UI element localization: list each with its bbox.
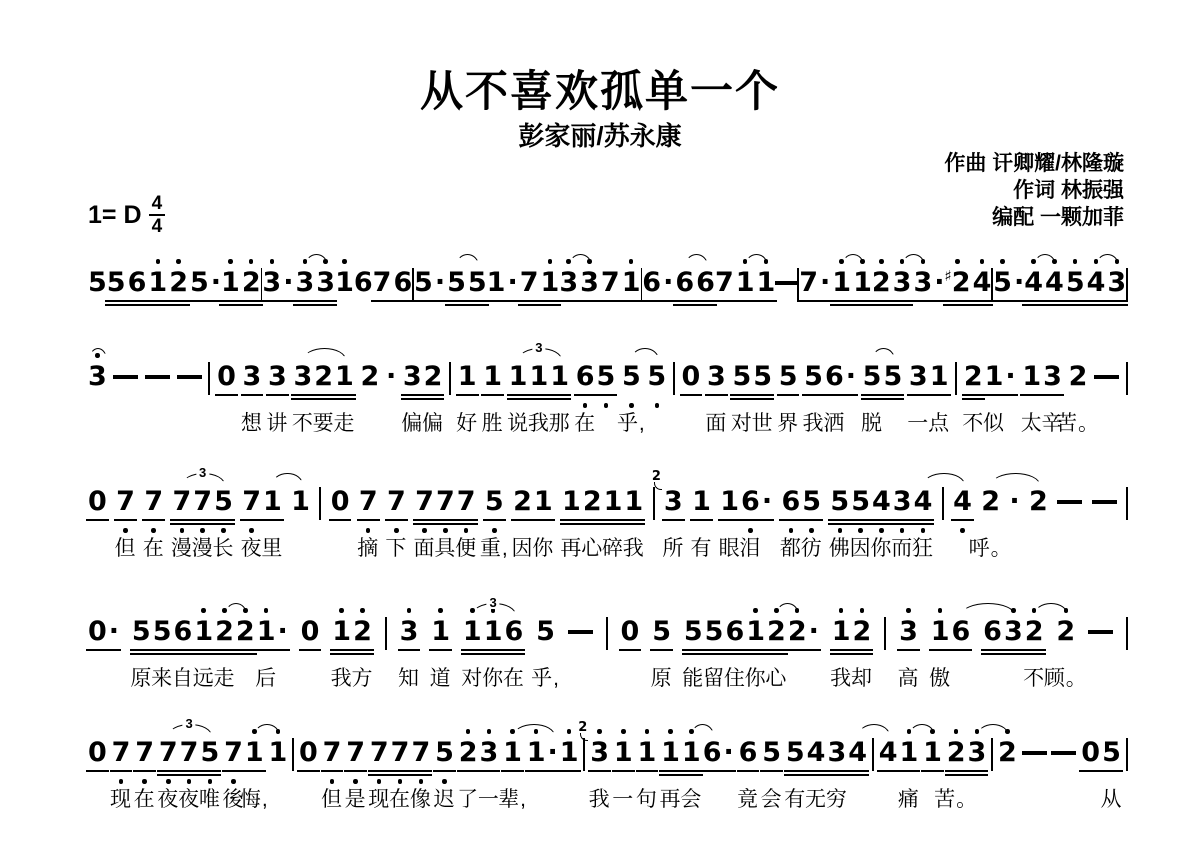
note-token: 3 [1043,362,1062,392]
note-token: · [1005,362,1015,392]
sharp-icon: ♯ [945,267,952,285]
note-token: · [663,268,673,298]
beam-line [734,300,757,302]
beam-group: 3371 [559,268,640,298]
note-token: 0 [88,617,107,647]
barline [1126,268,1128,301]
beam-line [1041,394,1064,396]
beam-line [321,770,344,772]
lyric-syllable: 顾。 [1044,662,1088,692]
dash-note [1022,751,1047,755]
beam-line [266,394,289,396]
note-token: 6 [675,268,694,298]
octave-dot-above [853,608,872,613]
beam-line [422,394,445,396]
octave-dot-above [590,729,609,734]
note-token: 2 [513,487,532,517]
beam-line [971,300,994,302]
note-token: 1 [541,268,560,298]
lyric-syllable: 道 [430,662,452,692]
beam-line [870,523,893,525]
note-row: 07777571107777752311·13211116·6554344112… [88,738,1128,771]
beam-line [830,653,853,655]
beam-line [962,394,985,396]
beam-line [1085,304,1108,306]
beam-line [409,774,432,776]
beam-group: 32 [590,738,609,768]
beam-line [243,770,266,772]
beam-group: 1·71 [487,268,560,298]
beam-line [466,304,489,306]
note-token: 7 [242,487,261,517]
note-token: · [386,362,396,392]
note-token: 5 [993,268,1012,298]
beam-line [114,519,137,521]
lyric-syllable: 对 [461,662,483,692]
beam-line [178,774,201,776]
dash-note [1088,630,1113,634]
beam-group: 31 [909,362,949,392]
beam-line [861,398,884,400]
beam-line [312,394,335,396]
beam-line [518,300,541,302]
sheet-music-page: 从不喜欢孤单一个 彭家丽/苏永康 作曲 讦卿耀/林隆璇 作词 林振强 编配 一颗… [0,0,1200,850]
note-token: 3 [827,738,846,768]
note-token: 5 [190,268,209,298]
beam-line [1079,770,1102,772]
beam-line [907,394,930,396]
beam-line [588,770,611,772]
beam-line [86,649,109,651]
lyric-syllable: 是 [345,783,367,813]
note-token: 1 [335,268,354,298]
note-token: 2 [353,617,372,647]
lyric-syllable: 无 [805,783,827,813]
tie-slur-arc [858,724,890,736]
lyric-syllable: 点 [928,407,950,437]
beam-line [846,774,869,776]
lyric-syllable: 唯 [199,783,221,813]
lyric-syllable: 我 [589,783,611,813]
lyric-syllable: 痛 [898,783,920,813]
beam-line [830,649,853,651]
beam-line [578,300,601,302]
beam-line [574,394,597,396]
lyric-syllable: 碎 [602,532,624,562]
beam-group: 23 [947,738,987,768]
lyric-syllable: 住 [724,662,746,692]
beam-line [786,649,809,651]
note-token: · [507,268,517,298]
note-token: 5 [622,362,641,392]
beam-line [527,394,550,396]
note-token: 6 [393,268,412,298]
lyric-syllable: 太 [1021,407,1043,437]
beam-line [299,649,322,651]
beam-line [86,770,109,772]
beam-line [991,300,1014,302]
beam-line [482,653,505,655]
beam-line [455,519,478,521]
note-token: 1 [527,738,546,768]
beam-line [870,300,893,302]
lyric-syllable: 但 [115,532,137,562]
lyric-syllable: 下 [385,532,407,562]
note-token: · [211,268,221,298]
note-token: 1 [148,268,167,298]
beam-line [805,774,828,776]
beam-line [802,394,825,396]
octave-dot-above [622,259,641,264]
note-token: 5 [684,617,703,647]
beam-group: 44543 [1024,268,1126,298]
lyric-syllable: 不 [962,407,984,437]
lyric-syllable: 会 [761,783,783,813]
note-token: · [1009,487,1019,517]
beam-line [680,394,703,396]
beam-group: 5 [762,738,781,768]
note-token: · [548,738,558,768]
beam-line [539,304,562,306]
beam-group: 6 [739,738,758,768]
beam-line [560,519,583,521]
beam-group: 7 [112,738,131,768]
beam-line [130,653,153,655]
note-token: 3 [913,268,932,298]
note-token: 1 [194,617,213,647]
beam-line [501,770,524,772]
barline [583,738,585,771]
beam-line [297,770,320,772]
note-row: 556125·123·3316765·551·7133716·667117·11… [88,268,1128,301]
beam-line [172,649,195,651]
beam-group: 321 [293,362,353,392]
beam-line [966,770,989,772]
beam-group: 0 [331,487,350,517]
note-token: 7 [144,487,163,517]
beam-group: 05 [1081,738,1121,768]
note-token: 3 [88,362,107,392]
lyric-syllable: 一 [612,783,634,813]
beam-group: 56· [804,362,856,392]
beam-line [1002,649,1025,651]
beam-group: 0 [301,617,320,647]
beam-line [622,519,645,521]
lyric-syllable: 方 [351,662,373,692]
note-token: 1 [245,738,264,768]
note-token: 0 [88,487,107,517]
beam-line [126,300,149,302]
note-token: 4 [1024,268,1043,298]
beam-line [234,649,257,651]
beam-line [1002,653,1025,655]
tie-slur-arc [1034,254,1057,266]
note-token: 1 [746,617,765,647]
barline [1126,362,1128,395]
lyric-syllable: 长 [212,532,234,562]
note-token: 7 [411,738,430,768]
beam-group: 1 [458,362,477,392]
beam-line [330,653,353,655]
beam-line [851,653,874,655]
note-token: 1 [900,738,919,768]
beam-group: 0 [299,738,318,768]
beam-line [800,519,823,521]
beam-line [620,300,643,302]
beam-line [445,304,468,306]
note-token: 5 [153,617,172,647]
beam-line [130,649,153,651]
note-token: 5 [485,487,504,517]
lyric-syllable: 现 [110,783,132,813]
beam-line [1003,394,1017,396]
lyric-syllable: 漫 [171,532,193,562]
lyric-syllable: 重, [480,532,509,562]
beam-group: 71 [224,738,264,768]
beam-line [146,304,169,306]
grace-note: 2 [578,721,587,734]
note-token: 1 [832,268,851,298]
beam-line [548,394,571,396]
dash-note [145,375,170,379]
note-token: 3 [893,487,912,517]
note-token: 3 [400,617,419,647]
lyric-syllable: 呼。 [969,532,1013,562]
beam-group: 3 [268,362,287,392]
beam-line [723,653,746,655]
tie-slur-arc [685,254,708,266]
beam-group: 5 [647,362,666,392]
beam-line [314,304,337,306]
beam-line [86,519,109,521]
beam-line [329,519,352,521]
lyric-syllable: 在 [574,407,596,437]
music-line: 077775711077777521121132116·655543442·23… [88,471,1128,520]
beam-line [422,398,445,400]
beam-group: 13 [1022,362,1062,392]
beam-group: 5 [485,487,504,517]
beam-line [198,770,221,772]
beam-group: 1 [431,617,450,647]
beam-group: 711 [715,268,775,298]
beam-line [682,649,705,651]
beam-line [784,770,807,772]
note-token: · [934,268,944,298]
beam-line [191,519,214,521]
lyric-syllable: 苦。 [1056,407,1100,437]
octave-dot-above [993,259,1012,264]
note-token: 5 [883,362,902,392]
beam-line [219,304,242,306]
dash-note [568,630,593,634]
note-token: 6 [983,617,1002,647]
beam-line [558,770,581,772]
beam-line [912,519,935,521]
note-token: 6 [174,617,193,647]
beam-group: 16 [931,617,971,647]
beam-group: 0 [621,617,640,647]
note-token: 5 [779,362,798,392]
lyric-syllable: 自 [172,662,194,692]
beam-group: 3 [400,617,419,647]
tie-slur-arc [254,724,280,736]
lyric-syllable: 世 [752,407,774,437]
barline [208,362,210,395]
beam-group: 7·11 [799,268,872,298]
lyric-syllable: 迟 [433,783,455,813]
lyric-syllable: 高 [897,662,919,692]
note-token: 7 [116,487,135,517]
note-token: 1 [923,738,942,768]
beam-line [291,398,314,400]
lyric-syllable: 而 [891,532,913,562]
note-token: 32 [590,738,609,768]
beam-line [659,770,682,772]
octave-dot-above [973,259,992,264]
note-token: · [283,268,293,298]
beam-group: 76 [373,268,413,298]
note-token: 3 [295,268,314,298]
note-token: 3 [580,268,599,298]
beam-line [718,519,741,521]
note-token: · [109,617,119,647]
beam-line [619,649,642,651]
beam-group: 3 [88,362,107,392]
dash-note [1057,500,1082,504]
beam-line [983,394,1006,396]
note-token: 1 [832,617,851,647]
tie-slur-arc [513,724,555,736]
note-token: 5 [753,362,772,392]
beam-group: 1 [291,487,310,517]
tie-slur-arc [909,724,935,736]
tie-slur-arc [745,254,768,266]
tuplet-number: 3 [182,717,195,730]
beam-line [777,394,800,396]
note-token: 2 [1025,617,1044,647]
beam-line [595,394,618,396]
beam-line [389,770,412,772]
beam-line [167,304,190,306]
beam-line [434,523,457,525]
beam-line [291,394,314,396]
beam-group: 1 [692,487,711,517]
beam-group: 1 [638,738,657,768]
note-token: 1 [291,487,310,517]
beam-line [234,653,257,655]
note-token: 0 [88,738,107,768]
beam-line [198,774,221,776]
lyric-syllable: 有 [784,783,806,813]
lyric-syllable: 从 [1100,783,1122,813]
barline [653,487,655,520]
note-token: 0 [299,738,318,768]
beam-line [1023,653,1046,655]
beam-group: 71 [242,487,282,517]
barline [292,738,294,771]
beam-line [1105,300,1128,302]
beam-line [457,770,480,772]
octave-dot-above [257,608,276,613]
beam-line [755,300,778,302]
barline [449,362,451,395]
lyric-syllable: 偏 [422,407,444,437]
tie-slur-arc [89,348,107,360]
lyric-syllable: 一 [907,407,929,437]
note-token: 7 [172,487,191,517]
note-token: 7 [224,738,243,768]
note-token: 0 [217,362,236,392]
note-token: 2 [853,617,872,647]
beam-line [240,519,263,521]
beam-group: 55 [732,362,772,392]
note-token: 4 [872,487,891,517]
music-line: 556125·123·3316765·551·7133716·667117·11… [88,252,1128,301]
beam-line [962,398,985,400]
beam-line [797,300,820,302]
beam-line [482,649,505,651]
note-token: 1 [985,362,1004,392]
beam-line [581,523,604,525]
beam-line [950,649,973,651]
beam-line [682,653,705,655]
octave-dot-above [560,729,579,734]
beam-line [483,519,506,521]
note-token: 7 [370,738,389,768]
beam-group: 23 [459,738,499,768]
lyric-syllable: 原 [130,662,152,692]
note-token: 6 [725,617,744,647]
beam-line [409,770,432,772]
note-token: 1 [534,487,553,517]
beam-line [612,770,635,772]
note-token: 2 [459,738,478,768]
beam-group: 32 [664,487,683,517]
beam-line [110,770,133,772]
note-token: 2 [1069,362,1088,392]
note-token: 3 [1004,617,1023,647]
beam-line [191,523,214,525]
note-token: 3 [316,268,335,298]
beam-line [1105,304,1128,306]
beam-group: 3·33 [262,268,335,298]
note-token: 3 [243,362,262,392]
beam-line [846,770,869,772]
beam-line [192,649,215,651]
beam-group: 65 [781,487,821,517]
beam-line [413,523,436,525]
lyric-syllable: 因 [850,532,872,562]
lyric-syllable: 我 [803,407,825,437]
beam-line [503,649,526,651]
note-token: 3 [403,362,422,392]
lyric-syllable: 乎, [531,662,560,692]
beam-line [188,300,211,302]
lyric-syllable: 界 [777,407,799,437]
beam-group: 233· [872,268,945,298]
beam-line [151,649,174,651]
note-token: 6 [703,738,722,768]
octave-dot-above [221,259,240,264]
note-token: 7 [323,738,342,768]
beam-line [511,519,534,521]
beam-group: 5 [622,362,641,392]
lyric-syllable: 在 [143,532,165,562]
beam-line [151,653,174,655]
tie-slur-arc [977,724,1009,736]
beam-line [912,523,935,525]
beam-line [398,649,421,651]
